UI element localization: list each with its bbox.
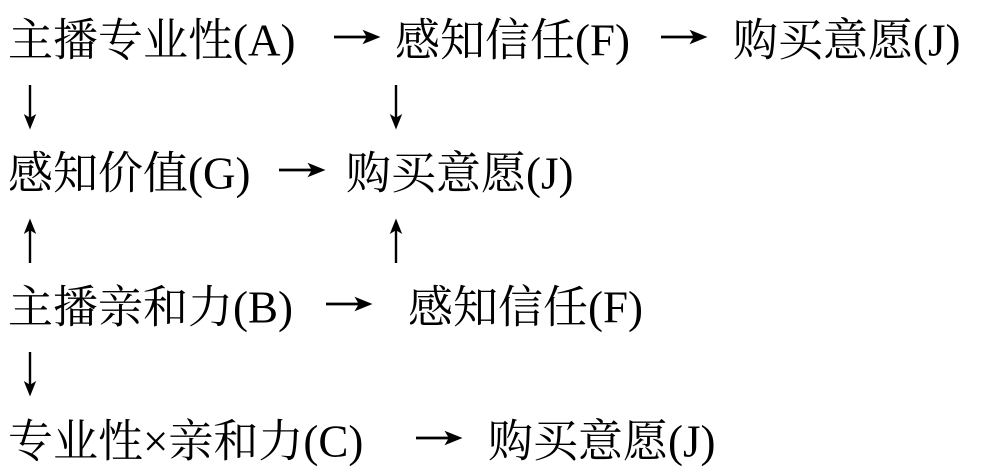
arrow-right-icon [278,161,326,179]
diagram-row-4: 专业性×亲和力(C) 购买意愿(J) [0,401,982,468]
arrow-up-icon [21,218,39,264]
node-streamer-professionalism-A: 主播专业性(A) [8,18,295,63]
arrow-right-icon [325,295,373,313]
arrow-down-icon [21,84,39,130]
arrow-down-icon [21,351,39,397]
arrow-right-icon [415,429,463,447]
arrow-right-icon [660,28,708,46]
node-purchase-intention-J: 购买意愿(J) [733,18,960,63]
diagram-row-1: 主播专业性(A) 感知信任(F) 购买意愿(J) [0,0,982,67]
node-perceived-value-G: 感知价值(G) [8,152,250,197]
diagram-row-2: 感知价值(G) 购买意愿(J) [0,134,982,201]
vertical-arrows-row3-row2 [0,201,982,268]
diagram-row-3: 主播亲和力(B) 感知信任(F) [0,267,982,334]
arrow-up-icon [387,218,405,264]
arrow-right-icon [333,28,381,46]
vertical-arrows-row3-row4 [0,334,982,401]
node-professionalism-x-affinity-C: 专业性×亲和力(C) [8,419,363,464]
mediation-path-diagram: 主播专业性(A) 感知信任(F) 购买意愿(J) 感知价值(G) 购买意愿(J) [0,0,982,468]
node-purchase-intention-J: 购买意愿(J) [346,152,573,197]
node-perceived-trust-F: 感知信任(F) [408,286,643,331]
vertical-arrows-row1-row2 [0,67,982,134]
node-purchase-intention-J: 购买意愿(J) [488,419,715,464]
arrow-down-icon [387,84,405,130]
node-perceived-trust-F: 感知信任(F) [395,18,630,63]
node-streamer-affinity-B: 主播亲和力(B) [8,286,293,331]
